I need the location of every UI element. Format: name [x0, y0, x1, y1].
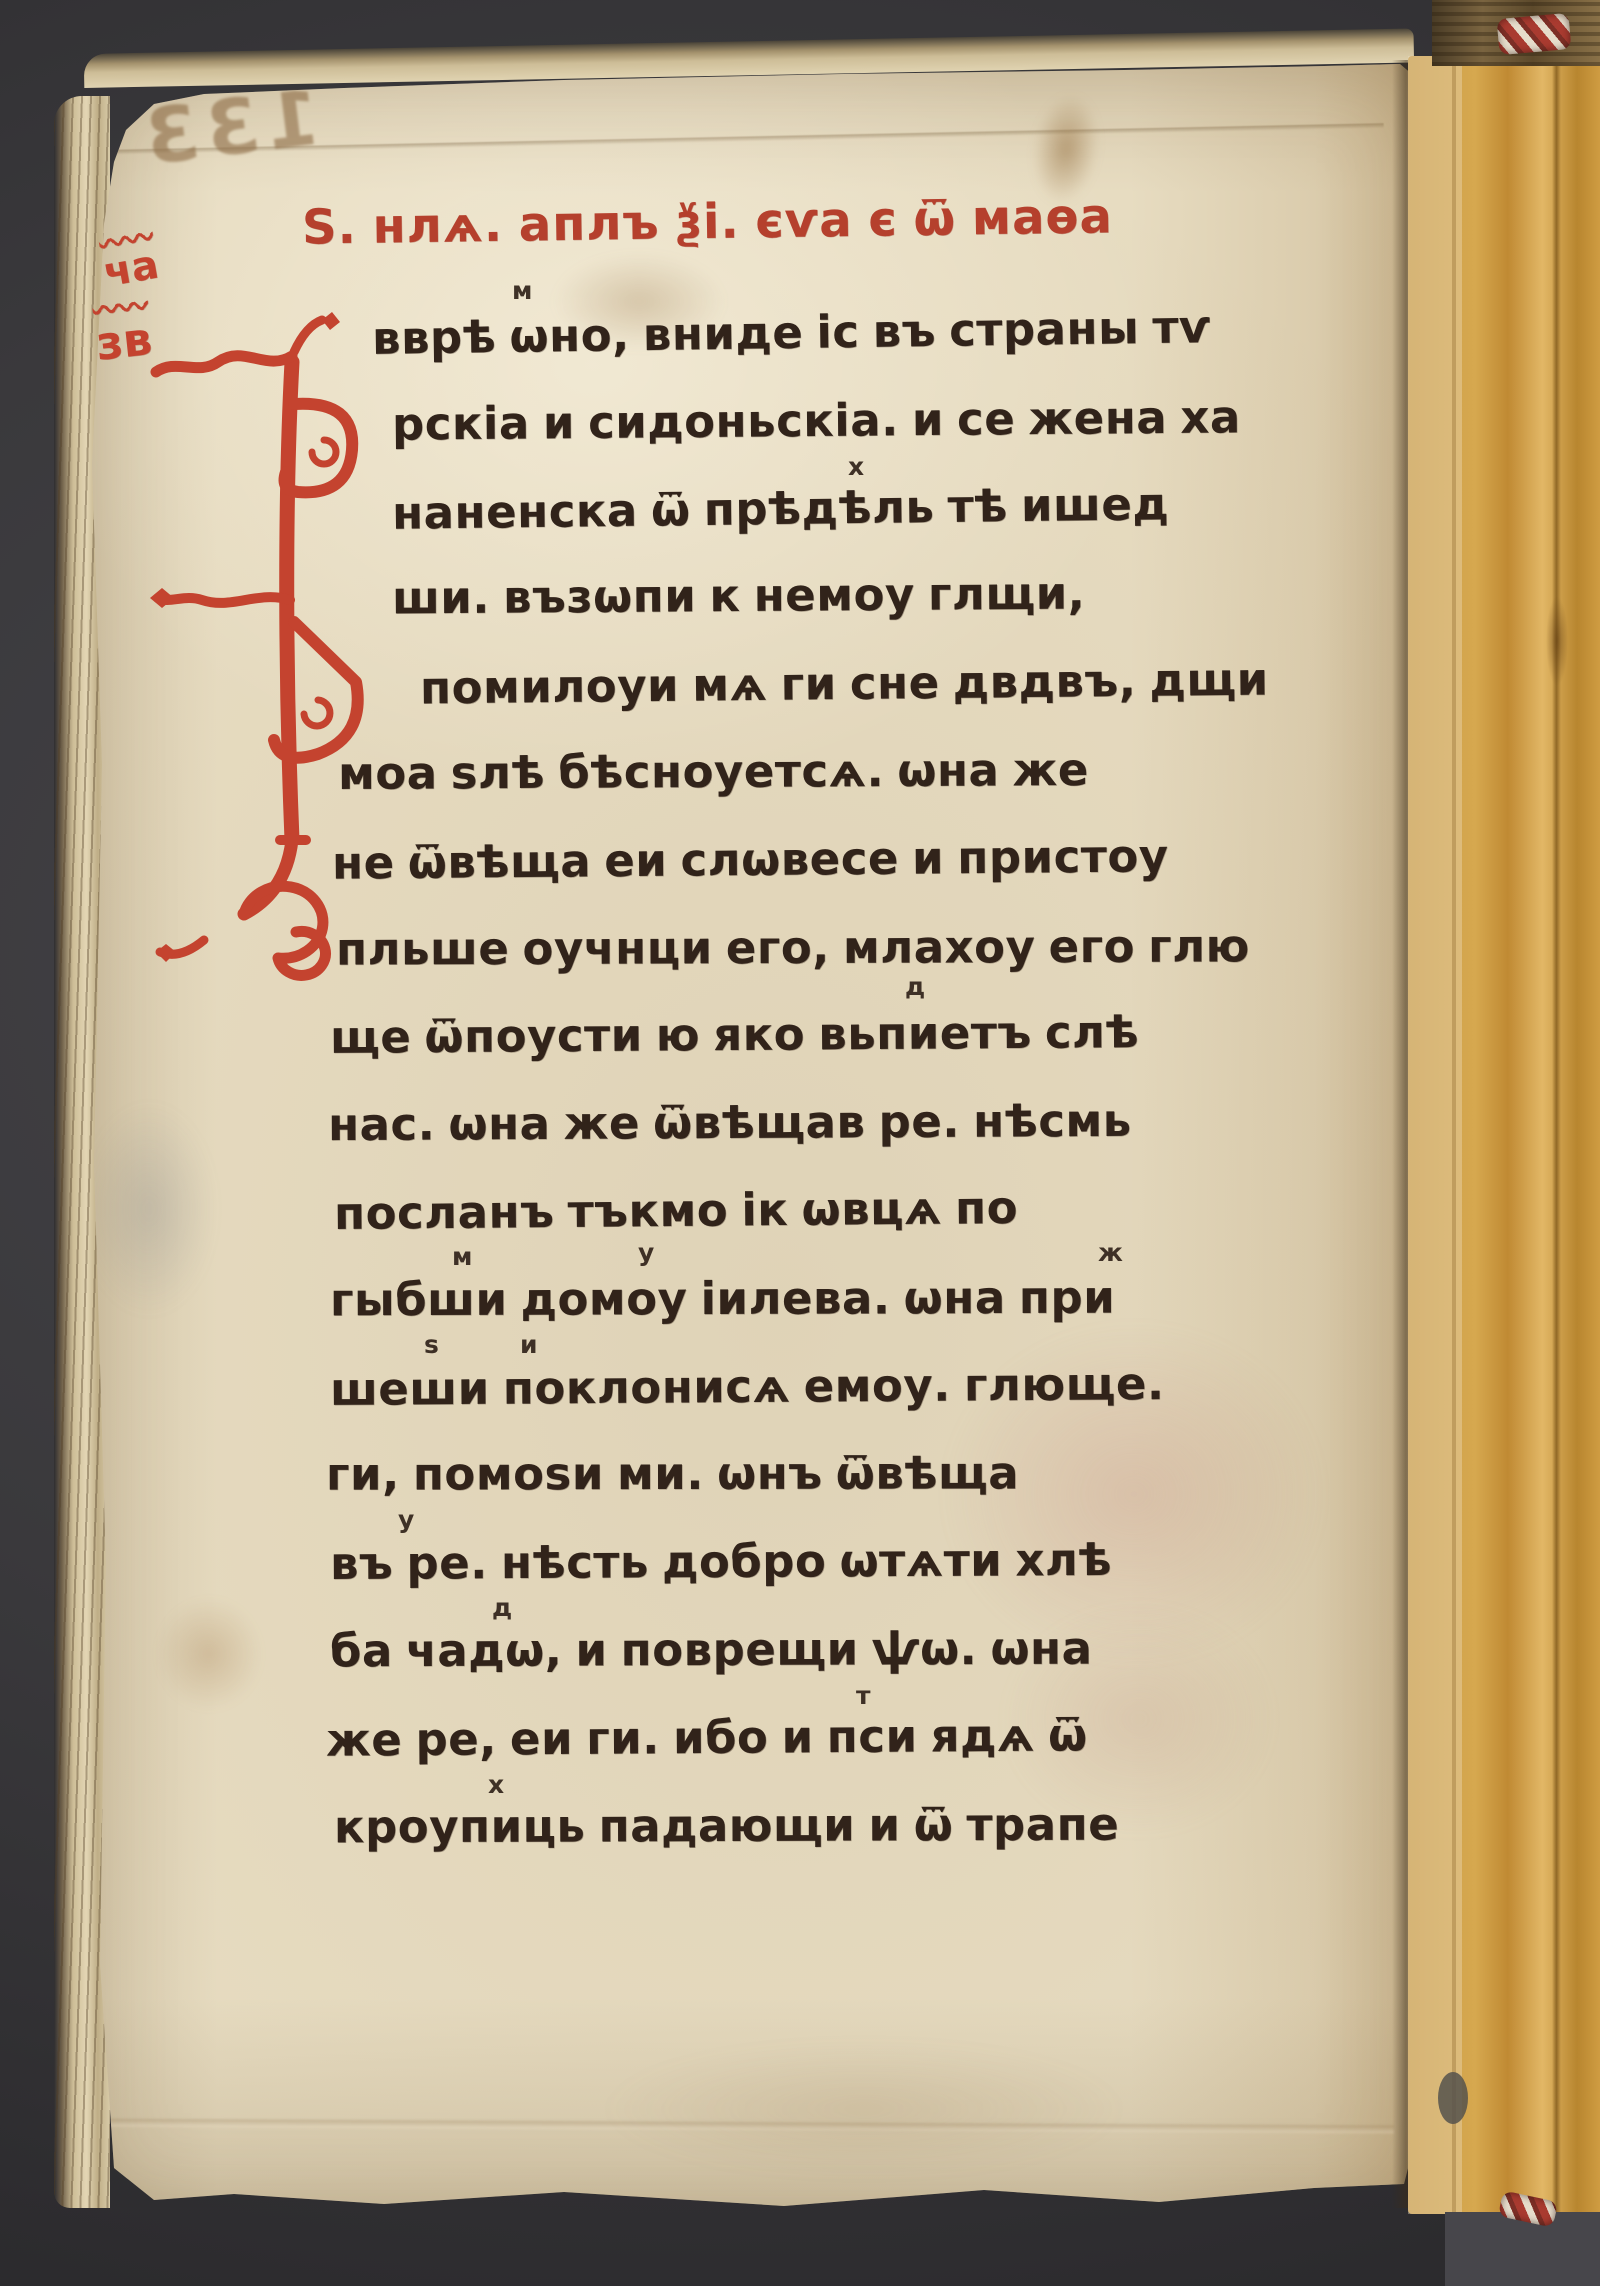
- superscript-letter: х: [488, 1770, 504, 1799]
- manuscript-text-line: пльше оучнци его, млахоу его глю: [336, 919, 1250, 980]
- manuscript-text-line: ши. възѡпи к немоу глщи,: [392, 567, 1086, 630]
- manuscript-text-line: рскіа и сидоньскіа. и се жена ха: [392, 390, 1241, 455]
- manuscript-text-line: посланъ тъкмо ік ѡвцѧ по: [334, 1181, 1019, 1245]
- superscript-letter: у: [638, 1238, 654, 1267]
- folio-crease: [1452, 56, 1456, 2214]
- manuscript-text-line: вврѣ ѡно, вниде іс въ страны тѵ: [372, 300, 1212, 370]
- folio-nick: [1546, 596, 1568, 686]
- margin-lection-mark: зв: [93, 311, 154, 371]
- manuscript-text-line: помилоуи мѧ ги сне двдвъ, дщи: [420, 653, 1269, 720]
- superscript-letter: х: [848, 452, 864, 481]
- manuscript-text-line: не ѿвѣща еи слѡвесе и пристоу: [332, 829, 1169, 894]
- dark-spot: [1438, 2072, 1468, 2124]
- superscript-letter: у: [398, 1505, 414, 1534]
- manuscript-text-line: ба чадѡ, и поврещи ѱѡ. ѡна: [330, 1622, 1093, 1683]
- manuscript-text-line: гыбши домоу іилева. ѡна при: [330, 1271, 1115, 1332]
- superscript-letter: д: [492, 1593, 512, 1622]
- endband-top: [1497, 13, 1572, 55]
- superscript-letter: ѕ: [424, 1330, 439, 1359]
- superscript-letter: т: [856, 1681, 871, 1710]
- folio-crease: [1552, 56, 1561, 2214]
- manuscript-text-line: кроупиць падающи и ѿ трапе: [334, 1798, 1119, 1859]
- manuscript-text-line: шеши поклонисѧ емоу. глюще.: [330, 1357, 1165, 1421]
- manuscript-text-line: ги, помоѕи ми. ѡнъ ѿвѣща: [326, 1446, 1019, 1505]
- brown-ring-stain: [134, 1574, 284, 1734]
- manuscript-text-line: моа ѕлѣ бѣсноуетсѧ. ѡна же: [338, 743, 1089, 805]
- superscript-letter: ж: [1098, 1238, 1123, 1267]
- next-folio-edge: [1408, 56, 1600, 2214]
- manuscript-text-line: нас. ѡна же ѿвѣщав ре. нѣсмь: [328, 1094, 1132, 1156]
- margin-lection-mark: ча: [100, 242, 162, 297]
- rubric-heading: Ѕ. нлѧ. аплъ ѯі. єѵа є ѿ маѳа: [302, 188, 1114, 259]
- superscript-letter: д: [905, 972, 925, 1001]
- gray-smudge: [84, 1104, 214, 1314]
- superscript-letter: м: [452, 1242, 472, 1271]
- bottom-crease: [104, 2119, 1394, 2134]
- bottom-stain: [604, 2044, 1124, 2174]
- superscript-letter: и: [520, 1330, 538, 1359]
- superscript-letter: м: [512, 276, 532, 305]
- manuscript-text-line: наненска ѿ прѣдѣль тѣ ишед: [392, 477, 1170, 544]
- manuscript-photograph: 133 Ѕ. нлѧ. аплъ ѯі. єѵа є ѿ маѳа: [0, 0, 1600, 2286]
- manuscript-text-line: ще ѿпоусти ю яко вьпиетъ слѣ: [330, 1005, 1140, 1069]
- board-shadow-bottom-right: [1445, 2212, 1600, 2286]
- manuscript-text-line: же ре, еи ги. ибо и пси ядѧ ѿ: [326, 1708, 1088, 1771]
- manuscript-text-line: въ ре. нѣсть добро ѡтѧти хлѣ: [330, 1533, 1112, 1595]
